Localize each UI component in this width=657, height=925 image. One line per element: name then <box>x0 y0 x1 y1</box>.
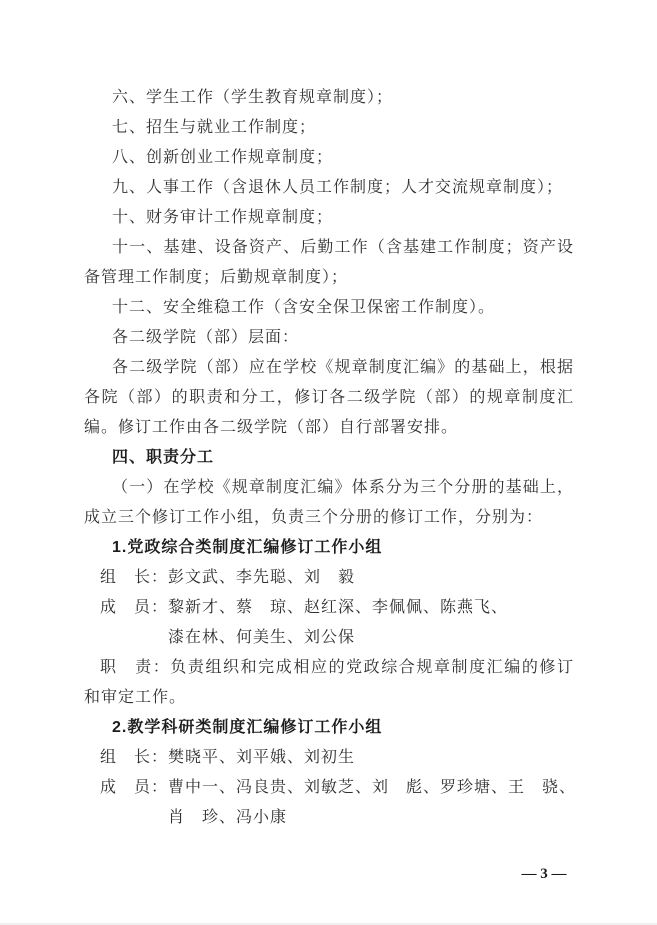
list-item: 十二、安全维稳工作（含安全保卫保密工作制度）。 <box>84 293 574 323</box>
level-paragraph: 各二级学院（部）应在学校《规章制度汇编》的基础上，根据各院（部）的职责和分工，修… <box>84 353 574 443</box>
list-item: 八、创新创业工作规章制度； <box>84 143 574 173</box>
group-1-title: 1.党政综合类制度汇编修订工作小组 <box>84 533 574 563</box>
list-item: 十一、基建、设备资产、后勤工作（含基建工作制度；资产设备管理工作制度；后勤规章制… <box>84 233 574 293</box>
group-2-member-lines: 曹中一、冯良贵、刘敏芝、刘 彪、罗珍塘、王 骁、 肖 珍、冯小康 <box>168 773 576 833</box>
document-body: 六、学生工作（学生教育规章制度）； 七、招生与就业工作制度； 八、创新创业工作规… <box>84 83 574 833</box>
group-2-leader-names: 樊晓平、刘平娥、刘初生 <box>168 743 355 773</box>
group-2-leader-row: 组 长： 樊晓平、刘平娥、刘初生 <box>100 743 574 773</box>
group-2-members-row: 成 员： 曹中一、冯良贵、刘敏芝、刘 彪、罗珍塘、王 骁、 肖 珍、冯小康 <box>100 773 574 833</box>
group-1-members-label: 成 员： <box>100 593 168 653</box>
list-item: 九、人事工作（含退休人员工作制度；人才交流规章制度）； <box>84 173 574 203</box>
group-1-member-line: 漆在林、何美生、刘公保 <box>168 623 508 653</box>
group-1-members-row: 成 员： 黎新才、蔡 琼、赵红深、李佩佩、陈燕飞、 漆在林、何美生、刘公保 <box>100 593 574 653</box>
section-paragraph: （一）在学校《规章制度汇编》体系分为三个分册的基础上，成立三个修订工作小组，负责… <box>84 473 574 533</box>
page-number: — 3 — <box>503 866 585 883</box>
group-2-title: 2.教学科研类制度汇编修订工作小组 <box>84 713 574 743</box>
group-2-leader-label: 组 长： <box>100 743 168 773</box>
section-heading: 四、职责分工 <box>84 443 574 473</box>
group-2-member-line: 肖 珍、冯小康 <box>168 803 576 833</box>
group-1-leader-label: 组 长： <box>100 563 168 593</box>
group-2-member-line: 曹中一、冯良贵、刘敏芝、刘 彪、罗珍塘、王 骁、 <box>168 773 576 803</box>
group-1-leader-names: 彭文武、李先聪、刘 毅 <box>168 563 355 593</box>
level-heading: 各二级学院（部）层面： <box>84 323 574 353</box>
list-item: 七、招生与就业工作制度； <box>84 113 574 143</box>
list-item: 六、学生工作（学生教育规章制度）； <box>84 83 574 113</box>
document-page: 六、学生工作（学生教育规章制度）； 七、招生与就业工作制度； 八、创新创业工作规… <box>0 0 657 925</box>
group-2-members-label: 成 员： <box>100 773 168 833</box>
group-1-member-lines: 黎新才、蔡 琼、赵红深、李佩佩、陈燕飞、 漆在林、何美生、刘公保 <box>168 593 508 653</box>
group-1-leader-row: 组 长： 彭文武、李先聪、刘 毅 <box>100 563 574 593</box>
group-1-duty: 职 责：负责组织和完成相应的党政综合规章制度汇编的修订和审定工作。 <box>84 653 574 713</box>
list-item: 十、财务审计工作规章制度； <box>84 203 574 233</box>
group-1-member-line: 黎新才、蔡 琼、赵红深、李佩佩、陈燕飞、 <box>168 593 508 623</box>
